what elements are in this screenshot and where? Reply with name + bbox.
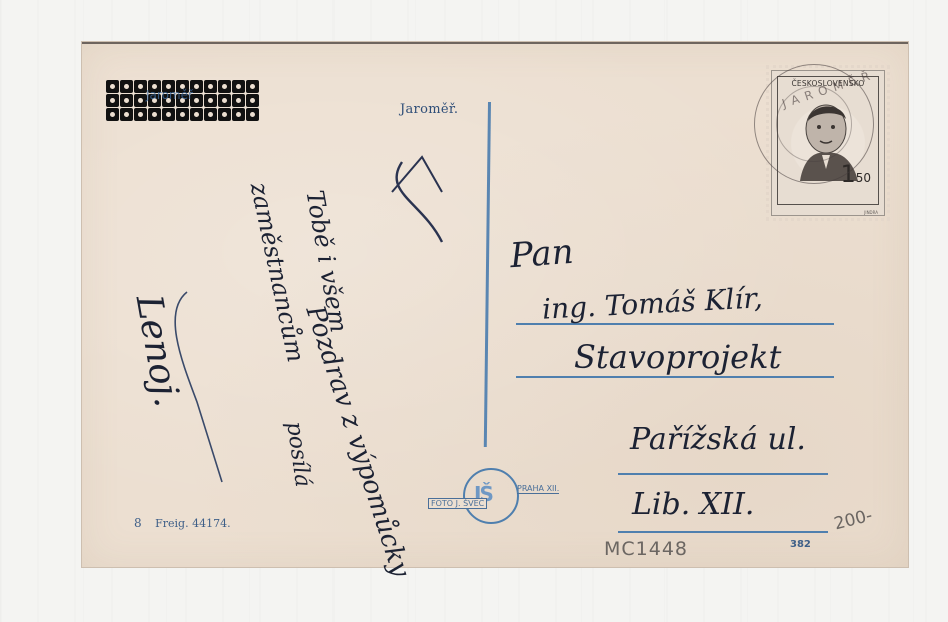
logo-left-label: FOTO J. ŠVEC bbox=[428, 498, 487, 509]
publisher-info: 8 Freig. 44174. bbox=[134, 516, 231, 530]
pattern-cell bbox=[190, 108, 203, 121]
pattern-cell bbox=[232, 94, 245, 107]
pattern-cell bbox=[106, 80, 119, 93]
stamp-value-sub: 50 bbox=[856, 171, 871, 185]
pattern-cell bbox=[232, 108, 245, 121]
pencil-reference: MC1448 bbox=[604, 538, 688, 560]
address-street: Pařížská ul. bbox=[630, 422, 806, 457]
freig-number: Freig. 44174. bbox=[155, 517, 230, 530]
pattern-cell bbox=[120, 94, 133, 107]
pattern-overprint-text: Jaroměř bbox=[146, 88, 193, 102]
message-line-4: posílá bbox=[281, 420, 315, 489]
photographer-logo: JŠ FOTO J. ŠVEC PRAHA XII. bbox=[418, 460, 658, 540]
card-number: 382 bbox=[790, 539, 811, 550]
pattern-cell bbox=[204, 108, 217, 121]
address-name: ing. Tomáš Klír, bbox=[541, 281, 763, 326]
pattern-cell bbox=[162, 108, 175, 121]
signature: Lenoj. bbox=[128, 292, 188, 410]
stamp-printer: JINDRA bbox=[864, 210, 878, 215]
card-top-edge bbox=[82, 42, 908, 44]
address-salutation: Pan bbox=[509, 232, 575, 276]
pattern-cell bbox=[134, 108, 147, 121]
pattern-cell bbox=[218, 108, 231, 121]
pattern-cell bbox=[246, 108, 259, 121]
pattern-cell bbox=[204, 80, 217, 93]
pattern-cell bbox=[148, 108, 161, 121]
pattern-cell bbox=[218, 94, 231, 107]
message-address-divider bbox=[484, 102, 491, 447]
publisher-number: 8 bbox=[134, 516, 142, 530]
pattern-cell bbox=[204, 94, 217, 107]
pattern-cell bbox=[120, 80, 133, 93]
pattern-cell bbox=[232, 80, 245, 93]
pattern-cell bbox=[246, 80, 259, 93]
logo-right-label: PRAHA XII. bbox=[517, 484, 559, 494]
pattern-cell bbox=[218, 80, 231, 93]
pattern-cell bbox=[106, 108, 119, 121]
pattern-cell bbox=[106, 94, 119, 107]
place-name: Jaroměř. bbox=[400, 102, 458, 117]
pencil-price: 200- bbox=[832, 506, 874, 535]
message-line-3: zaměstnancům bbox=[245, 180, 310, 365]
pattern-cell bbox=[120, 108, 133, 121]
address-line-2 bbox=[516, 376, 834, 378]
postcard: Jaroměř Jaroměř. Pan ing. Tomáš Klír, St… bbox=[82, 42, 908, 567]
pattern-cell bbox=[176, 108, 189, 121]
pattern-cell bbox=[246, 94, 259, 107]
address-company: Stavoprojekt bbox=[574, 338, 781, 376]
message-line-1: Pozdrav z výpomůcky bbox=[299, 302, 415, 581]
